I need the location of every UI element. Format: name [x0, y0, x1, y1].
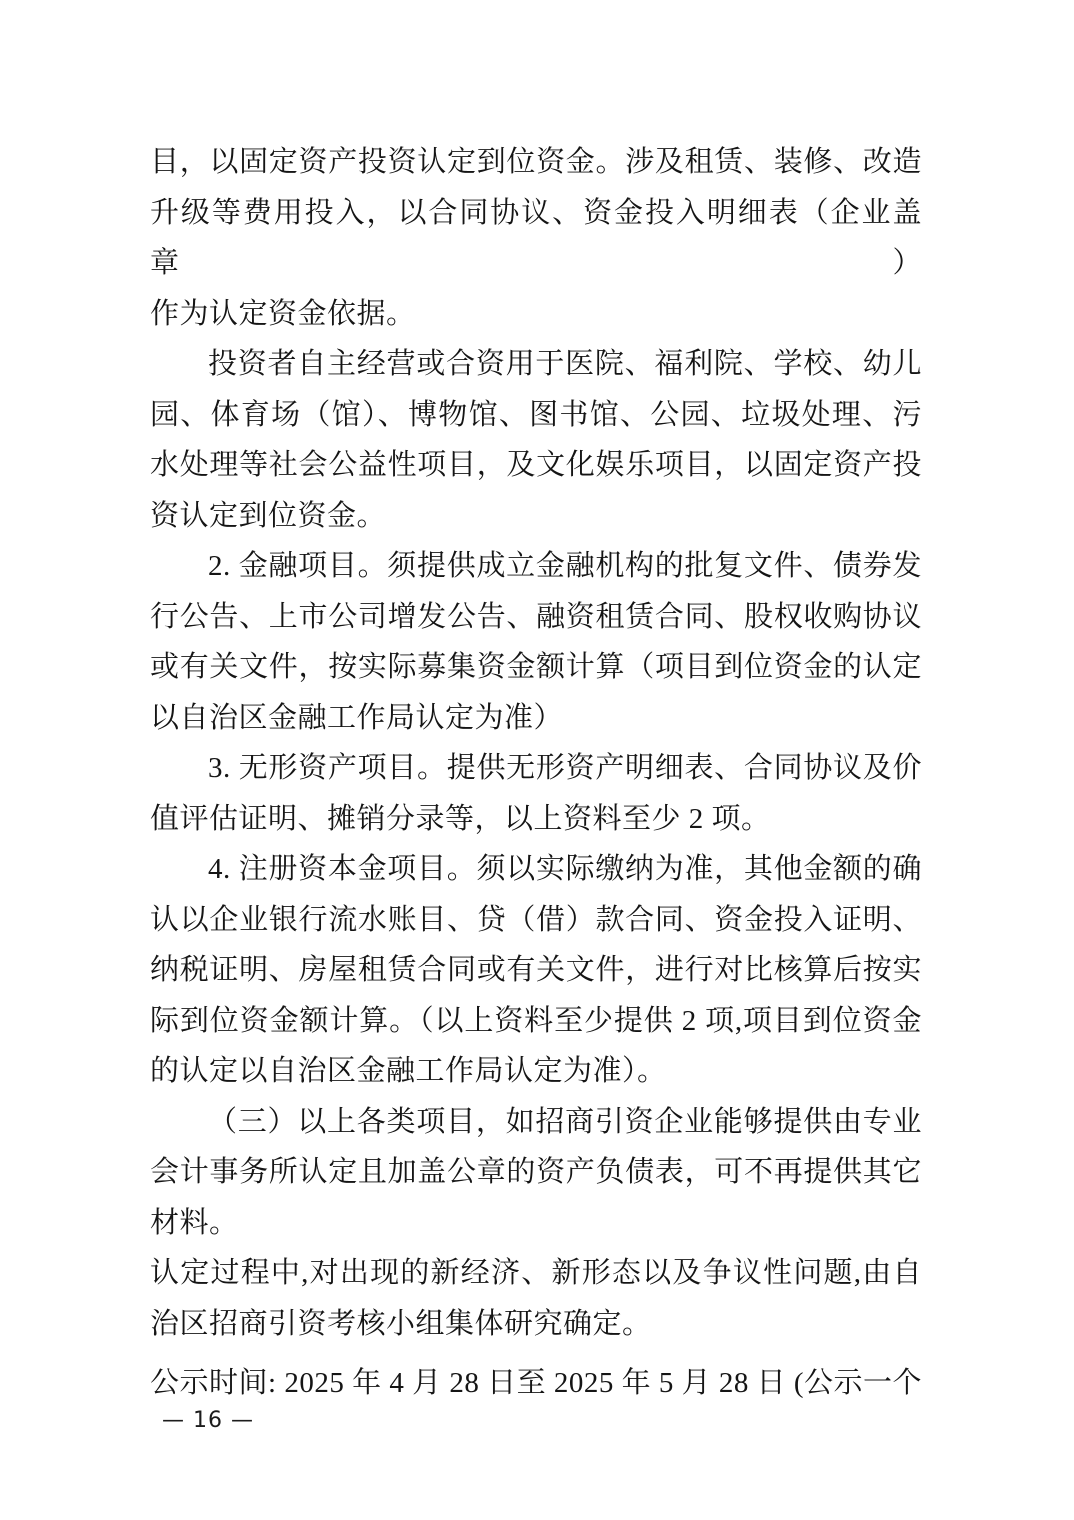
text-line: 园、体育场（馆）、博物馆、图书馆、公园、垃圾处理、污 — [150, 390, 922, 441]
text-line: 际到位资金额计算。（以上资料至少提供 2 项,项目到位资金 — [150, 996, 922, 1047]
text-line: 的认定以自治区金融工作局认定为准）。 — [150, 1046, 922, 1097]
text-line: 认定过程中,对出现的新经济、新形态以及争议性问题,由自 — [150, 1248, 922, 1299]
text-line: 或有关文件，按实际募集资金额计算（项目到位资金的认定 — [150, 642, 922, 693]
text-line: 资认定到位资金。 — [150, 491, 922, 542]
text-line: 3. 无形资产项目。提供无形资产明细表、合同协议及价 — [150, 743, 922, 794]
text-line: 投资者自主经营或合资用于医院、福利院、学校、幼儿 — [150, 339, 922, 390]
text-line: 以自治区金融工作局认定为准） — [150, 693, 922, 744]
text-line: 值评估证明、摊销分录等，以上资料至少 2 项。 — [150, 794, 922, 845]
document-page: 目，以固定资产投资认定到位资金。涉及租赁、装修、改造 升级等费用投入，以合同协议… — [0, 0, 1074, 1520]
text-line: 纳税证明、房屋租赁合同或有关文件，进行对比核算后按实 — [150, 945, 922, 996]
page-number: — 16 — — [162, 1408, 254, 1433]
text-line: 作为认定资金依据。 — [150, 289, 922, 340]
text-line: 目，以固定资产投资认定到位资金。涉及租赁、装修、改造 — [150, 137, 922, 188]
text-line: 公示时间: 2025 年 4 月 28 日至 2025 年 5 月 28 日 (… — [150, 1358, 922, 1409]
text-line: 治区招商引资考核小组集体研究确定。 — [150, 1299, 922, 1350]
text-line: 2. 金融项目。须提供成立金融机构的批复文件、债券发 — [150, 541, 922, 592]
text-line: 行公告、上市公司增发公告、融资租赁合同、股权收购协议 — [150, 592, 922, 643]
document-body: 目，以固定资产投资认定到位资金。涉及租赁、装修、改造 升级等费用投入，以合同协议… — [150, 137, 922, 1409]
text-line: 材料。 — [150, 1198, 922, 1249]
text-line: 认以企业银行流水账目、贷（借）款合同、资金投入证明、 — [150, 895, 922, 946]
page-footer: — 16 — — [162, 1408, 254, 1433]
text-line: 水处理等社会公益性项目，及文化娱乐项目，以固定资产投 — [150, 440, 922, 491]
text-line: 4. 注册资本金项目。须以实际缴纳为准，其他金额的确 — [150, 844, 922, 895]
text-line: 升级等费用投入，以合同协议、资金投入明细表（企业盖章） — [150, 188, 922, 289]
text-line: （三）以上各类项目，如招商引资企业能够提供由专业 — [150, 1097, 922, 1148]
text-line: 会计事务所认定且加盖公章的资产负债表，可不再提供其它 — [150, 1147, 922, 1198]
